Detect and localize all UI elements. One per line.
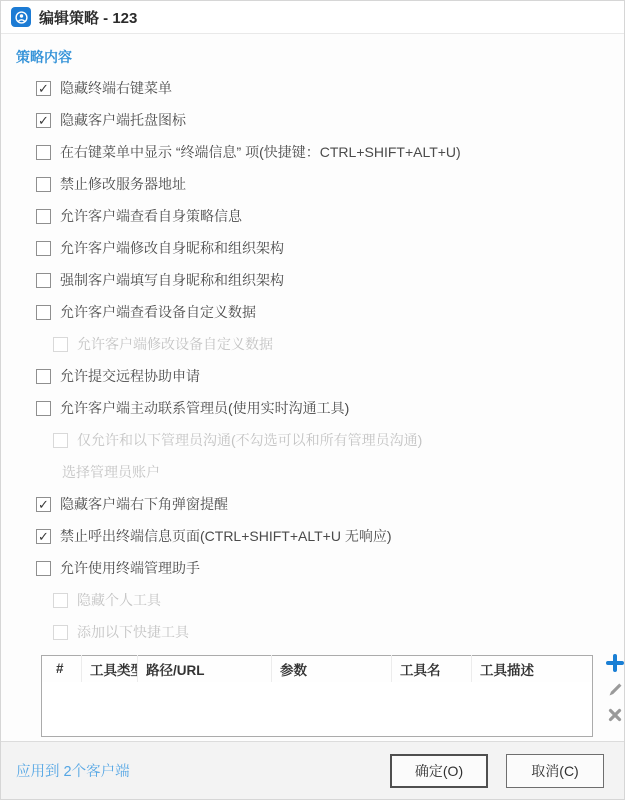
shortcut-tools-table-wrap: #工具类型路径/URL参数工具名工具描述 xyxy=(41,655,593,737)
checkbox[interactable]: ✓ xyxy=(36,529,51,544)
option-label: 禁止修改服务器地址 xyxy=(60,174,186,194)
policy-option-row: 允许使用终端管理助手 xyxy=(1,552,624,584)
client-count-link[interactable]: 2个客户端 xyxy=(64,764,130,780)
policy-options-list: ✓隐藏终端右键菜单✓隐藏客户端托盘图标在右键菜单中显示 “终端信息” 项(快捷键… xyxy=(1,72,624,648)
tools-table-actions xyxy=(601,653,625,725)
dialog-titlebar: 编辑策略 - 123 xyxy=(1,1,624,34)
checkbox xyxy=(53,593,68,608)
tools-table-header: # xyxy=(42,656,82,682)
tools-table-header: 路径/URL xyxy=(138,656,272,682)
policy-option-row: 强制客户端填写自身昵称和组织架构 xyxy=(1,264,624,296)
tools-table-empty-body xyxy=(42,682,593,737)
policy-option-row: 允许提交远程协助申请 xyxy=(1,360,624,392)
option-label: 强制客户端填写自身昵称和组织架构 xyxy=(60,270,284,290)
checkbox[interactable] xyxy=(36,273,51,288)
option-label: 在右键菜单中显示 “终端信息” 项(快捷键：CTRL+SHIFT+ALT+U) xyxy=(60,142,461,162)
checkbox xyxy=(53,337,68,352)
edit-tool-icon[interactable] xyxy=(605,679,625,699)
dialog-title: 编辑策略 - 123 xyxy=(39,7,137,28)
policy-option-row: 隐藏个人工具 xyxy=(1,584,624,616)
policy-app-icon xyxy=(11,7,31,27)
policy-option-row: ✓禁止呼出终端信息页面(CTRL+SHIFT+ALT+U 无响应) xyxy=(1,520,624,552)
checkbox xyxy=(53,625,68,640)
option-label: 允许客户端修改设备自定义数据 xyxy=(77,334,273,354)
option-label: 允许提交远程协助申请 xyxy=(60,366,200,386)
policy-option-row: 允许客户端查看自身策略信息 xyxy=(1,200,624,232)
option-label: 禁止呼出终端信息页面(CTRL+SHIFT+ALT+U 无响应) xyxy=(60,526,392,546)
option-label: 允许使用终端管理助手 xyxy=(60,558,200,578)
policy-option-row: ✓隐藏客户端右下角弹窗提醒 xyxy=(1,488,624,520)
checkbox[interactable]: ✓ xyxy=(36,81,51,96)
checkbox[interactable]: ✓ xyxy=(36,113,51,128)
policy-option-row: 允许客户端修改设备自定义数据 xyxy=(1,328,624,360)
cancel-button[interactable]: 取消(C) xyxy=(506,754,604,788)
checkbox[interactable] xyxy=(36,561,51,576)
footer-buttons: 确定(O) 取消(C) xyxy=(390,754,604,788)
section-policy-content-label: 策略内容 xyxy=(16,47,624,67)
checkbox[interactable] xyxy=(36,209,51,224)
apply-info: 应用到 2个客户端 xyxy=(16,760,130,781)
ok-button[interactable]: 确定(O) xyxy=(390,754,488,788)
select-admin-link[interactable]: 选择管理员账户 xyxy=(62,462,160,482)
tools-table-header: 工具描述 xyxy=(472,656,593,682)
policy-option-row: ✓隐藏客户端托盘图标 xyxy=(1,104,624,136)
checkbox[interactable]: ✓ xyxy=(36,497,51,512)
option-label: 允许客户端主动联系管理员(使用实时沟通工具) xyxy=(60,398,349,418)
policy-option-row: 仅允许和以下管理员沟通(不勾选可以和所有管理员沟通) xyxy=(1,424,624,456)
tools-table-header: 工具名 xyxy=(392,656,472,682)
policy-option-row: 允许客户端主动联系管理员(使用实时沟通工具) xyxy=(1,392,624,424)
checkbox[interactable] xyxy=(36,241,51,256)
option-label: 允许客户端修改自身昵称和组织架构 xyxy=(60,238,284,258)
dialog-content: 策略内容 ✓隐藏终端右键菜单✓隐藏客户端托盘图标在右键菜单中显示 “终端信息” … xyxy=(1,34,624,741)
tools-table-header: 参数 xyxy=(272,656,392,682)
option-label: 添加以下快捷工具 xyxy=(77,622,189,642)
checkbox xyxy=(53,433,68,448)
dialog-footer: 应用到 2个客户端 确定(O) 取消(C) xyxy=(1,741,624,799)
option-label: 仅允许和以下管理员沟通(不勾选可以和所有管理员沟通) xyxy=(77,430,422,450)
delete-tool-icon[interactable] xyxy=(605,705,625,725)
checkbox[interactable] xyxy=(36,369,51,384)
checkbox[interactable] xyxy=(36,145,51,160)
checkbox[interactable] xyxy=(36,177,51,192)
checkbox[interactable] xyxy=(36,305,51,320)
policy-option-row: 在右键菜单中显示 “终端信息” 项(快捷键：CTRL+SHIFT+ALT+U) xyxy=(1,136,624,168)
option-label: 隐藏个人工具 xyxy=(77,590,161,610)
tools-table-header: 工具类型 xyxy=(82,656,138,682)
policy-option-row: 允许客户端修改自身昵称和组织架构 xyxy=(1,232,624,264)
policy-option-row: ✓隐藏终端右键菜单 xyxy=(1,72,624,104)
policy-option-row: 禁止修改服务器地址 xyxy=(1,168,624,200)
option-label: 隐藏终端右键菜单 xyxy=(60,78,172,98)
option-label: 允许客户端查看自身策略信息 xyxy=(60,206,242,226)
apply-to-label: 应用到 xyxy=(16,764,60,780)
edit-policy-dialog: 编辑策略 - 123 策略内容 ✓隐藏终端右键菜单✓隐藏客户端托盘图标在右键菜单… xyxy=(0,0,625,800)
policy-option-row: 添加以下快捷工具 xyxy=(1,616,624,648)
policy-option-row: 允许客户端查看设备自定义数据 xyxy=(1,296,624,328)
option-label: 隐藏客户端右下角弹窗提醒 xyxy=(60,494,228,514)
tools-table-empty-row xyxy=(42,682,593,737)
checkbox[interactable] xyxy=(36,401,51,416)
select-admin-link-row: 选择管理员账户 xyxy=(1,456,624,488)
tools-table-header-row: #工具类型路径/URL参数工具名工具描述 xyxy=(42,656,593,682)
option-label: 允许客户端查看设备自定义数据 xyxy=(60,302,256,322)
option-label: 隐藏客户端托盘图标 xyxy=(60,110,186,130)
add-tool-icon[interactable] xyxy=(605,653,625,673)
shortcut-tools-table: #工具类型路径/URL参数工具名工具描述 xyxy=(41,655,593,737)
